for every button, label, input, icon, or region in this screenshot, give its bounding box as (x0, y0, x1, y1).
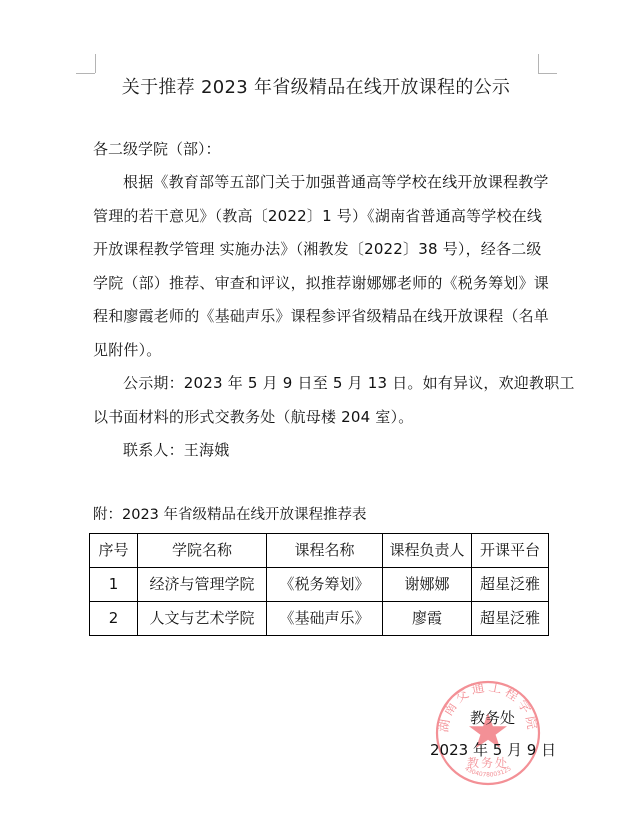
corner-line-vertical (538, 54, 539, 73)
signature-date: 2023 年 5 月 9 日 (430, 739, 556, 761)
cell-college: 经济与管理学院 (138, 568, 267, 602)
cell-course: 《税务筹划》 (267, 568, 383, 602)
contact-paragraph: 联系人：王海娥 (93, 434, 546, 468)
paragraph-line: 开放课程教学管理 实施办法》（湘教发〔2022〕38 号），经各二级 (93, 233, 546, 267)
cell-instructor: 谢娜娜 (383, 568, 472, 602)
cell-course: 《基础声乐》 (267, 602, 383, 636)
corner-line-horizontal (538, 73, 557, 74)
page-corner-mark-top-left (76, 54, 96, 74)
cell-college: 人文与艺术学院 (138, 602, 267, 636)
recommendation-table: 序号 学院名称 课程名称 课程负责人 开课平台 1 经济与管理学院 《税务筹划》… (89, 533, 549, 636)
paragraph-line: 学院（部）推荐、审查和评议，拟推荐谢娜娜老师的《税务筹划》课 (93, 267, 546, 301)
cell-index: 1 (90, 568, 138, 602)
page-corner-mark-top-right (538, 54, 558, 74)
paragraph-line: 见附件）。 (93, 334, 546, 368)
main-paragraph: 根据《教育部等五部门关于加强普通高等学校在线开放课程教学 管理的若干意见》（教高… (93, 166, 546, 367)
corner-line-vertical (95, 54, 96, 73)
paragraph-line: 根据《教育部等五部门关于加强普通高等学校在线开放课程教学 (93, 166, 546, 200)
header-cell-instructor: 课程负责人 (383, 534, 472, 568)
document-title: 关于推荐 2023 年省级精品在线开放课程的公示 (0, 76, 632, 100)
paragraph-line: 管理的若干意见》（教高〔2022〕1 号）《湖南省普通高等学校在线 (93, 200, 546, 234)
cell-index: 2 (90, 602, 138, 636)
header-cell-course: 课程名称 (267, 534, 383, 568)
header-cell-college: 学院名称 (138, 534, 267, 568)
cell-platform: 超星泛雅 (472, 568, 549, 602)
header-cell-platform: 开课平台 (472, 534, 549, 568)
cell-instructor: 廖霞 (383, 602, 472, 636)
salutation: 各二级学院（部）： (93, 138, 221, 160)
table-row: 2 人文与艺术学院 《基础声乐》 廖霞 超星泛雅 (90, 602, 549, 636)
official-seal-stamp: 湖南交通工程学院 教务处 4304078003125 (433, 678, 543, 788)
paragraph-line: 以书面材料的形式交教务处（航母楼 204 室）。 (93, 401, 546, 435)
paragraph-line: 公示期：2023 年 5 月 9 日至 5 月 13 日。如有异议，欢迎教职工 (93, 367, 546, 401)
signature-office: 教务处 (470, 707, 515, 729)
cell-platform: 超星泛雅 (472, 602, 549, 636)
table-row: 1 经济与管理学院 《税务筹划》 谢娜娜 超星泛雅 (90, 568, 549, 602)
corner-line-horizontal (76, 73, 95, 74)
contact-line: 联系人：王海娥 (93, 434, 546, 468)
header-cell-index: 序号 (90, 534, 138, 568)
table-header-row: 序号 学院名称 课程名称 课程负责人 开课平台 (90, 534, 549, 568)
attachment-title: 附：2023 年省级精品在线开放课程推荐表 (93, 504, 367, 526)
paragraph-line: 程和廖霞老师的《基础声乐》课程参评省级精品在线开放课程（名单 (93, 300, 546, 334)
publicity-period-paragraph: 公示期：2023 年 5 月 9 日至 5 月 13 日。如有异议，欢迎教职工 … (93, 367, 546, 434)
